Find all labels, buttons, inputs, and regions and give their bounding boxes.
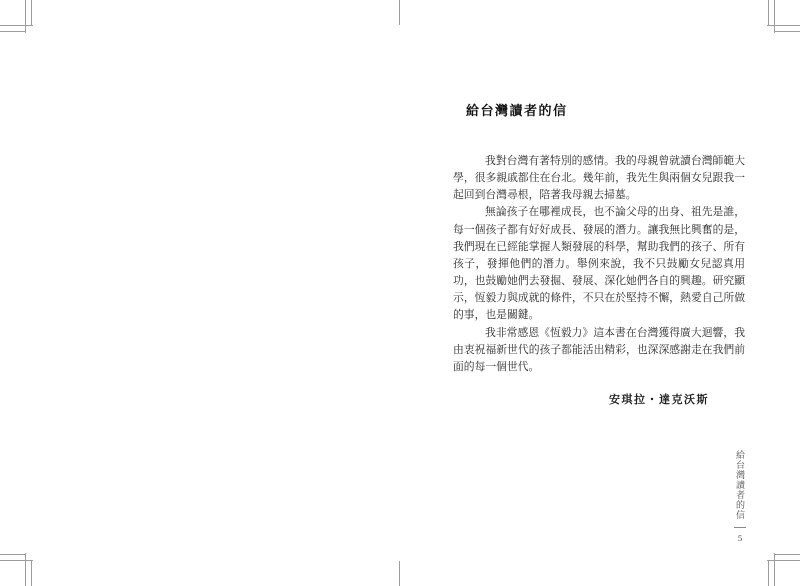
center-mark-top: [399, 0, 400, 25]
crop-mark-bottom-left: [0, 560, 33, 561]
crop-mark-top-left: [0, 25, 33, 26]
crop-mark-top-right: [767, 25, 800, 26]
page-margin-folio: 給台灣讀者的信 5: [731, 450, 749, 543]
crop-mark-top-right: [774, 0, 775, 33]
crop-mark-bottom-left: [25, 553, 26, 586]
folio-divider: [734, 527, 746, 528]
letter-paragraph: 我非常感恩《恆毅力》這本書在台灣獲得廣大迴響，我由衷祝福新世代的孩子都能活出精彩…: [453, 325, 745, 376]
author-signature: 安琪拉・達克沃斯: [453, 391, 745, 407]
crop-mark-bottom-right: [768, 561, 769, 586]
center-mark-bottom: [399, 561, 400, 586]
left-page-blank: [31, 31, 400, 555]
crop-mark-top-left: [31, 0, 32, 25]
crop-mark-bottom-right: [767, 560, 800, 561]
crop-mark-bottom-right: [774, 553, 775, 586]
page-number: 5: [738, 533, 742, 543]
crop-mark-top-left: [25, 0, 26, 33]
crop-mark-bottom-right: [775, 554, 800, 555]
crop-mark-top-left: [0, 31, 25, 32]
letter-body: 我對台灣有著特別的感情。我的母親曾就讀台灣師範大學，很多親戚都住在台北。幾年前，…: [453, 153, 745, 376]
running-title-vertical: 給台灣讀者的信: [735, 450, 745, 520]
right-page: 給台灣讀者的信 我對台灣有著特別的感情。我的母親曾就讀台灣師範大學，很多親戚都住…: [400, 31, 769, 555]
chapter-title: 給台灣讀者的信: [466, 100, 568, 119]
book-spread: 給台灣讀者的信 我對台灣有著特別的感情。我的母親曾就讀台灣師範大學，很多親戚都住…: [0, 0, 800, 586]
letter-paragraph: 我對台灣有著特別的感情。我的母親曾就讀台灣師範大學，很多親戚都住在台北。幾年前，…: [453, 153, 745, 204]
crop-mark-top-right: [775, 31, 800, 32]
crop-mark-bottom-left: [31, 561, 32, 586]
letter-paragraph: 無論孩子在哪裡成長，也不論父母的出身、祖先是誰，每一個孩子都有好好成長、發展的潛…: [453, 204, 745, 324]
crop-mark-bottom-left: [0, 554, 25, 555]
crop-mark-top-right: [768, 0, 769, 25]
